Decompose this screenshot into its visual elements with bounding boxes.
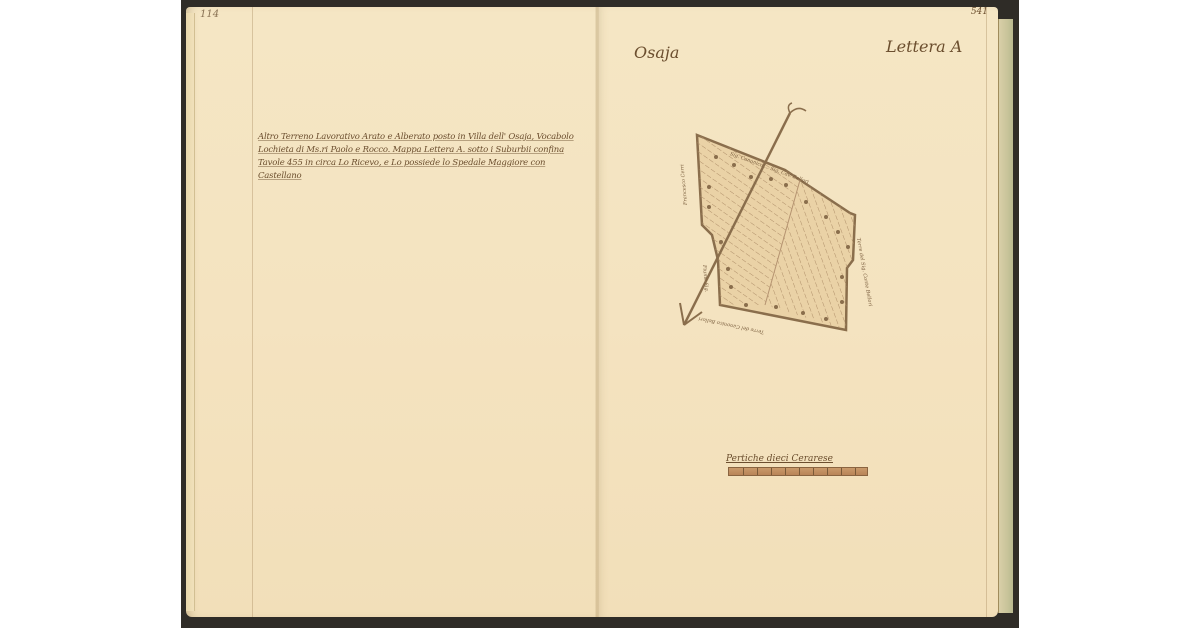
scale-bar (728, 467, 868, 476)
scale-label: Pertiche dieci Cerarese (726, 454, 833, 464)
parcel-map (186, 7, 998, 617)
parcel-polygon (686, 127, 866, 337)
open-register-spread: 114 Altro Terreno Lavorativo Arato e Alb… (186, 7, 998, 617)
right-page-edge (998, 19, 1013, 613)
